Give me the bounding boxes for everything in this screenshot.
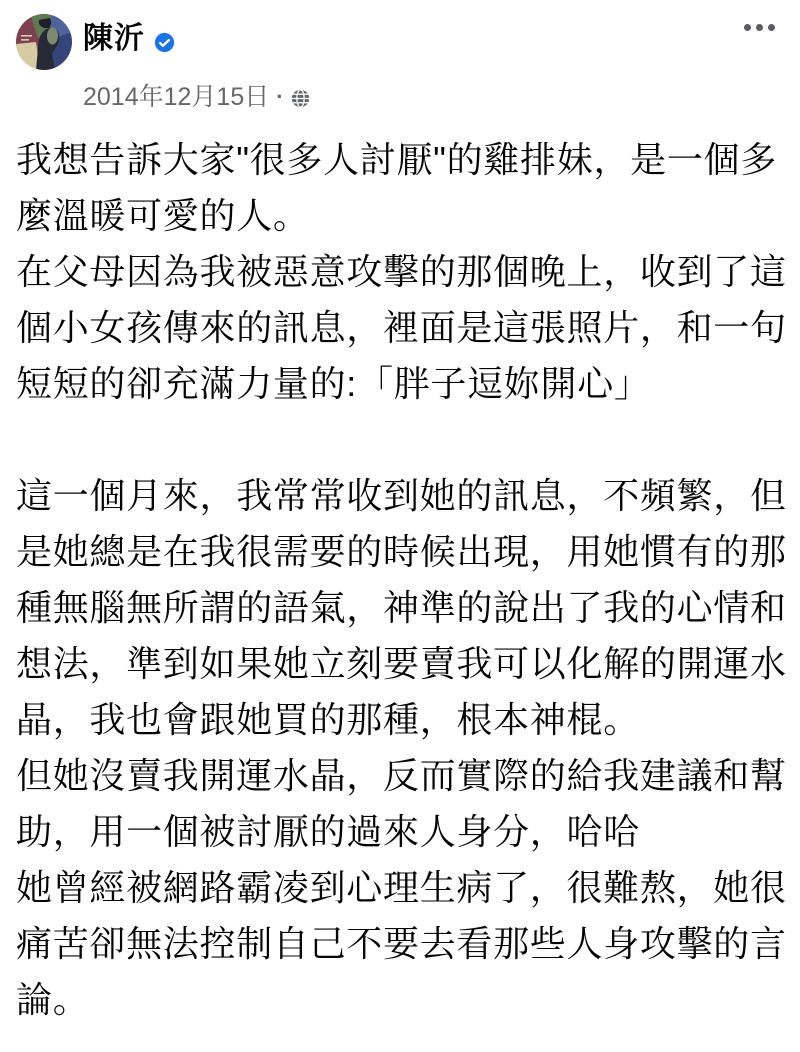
ellipsis-dot	[768, 24, 775, 31]
post-body-text: 我想告訴大家"很多人討厭"的雞排妹，是一個多麼溫暖可愛的人。 在父母因為我被惡意…	[0, 132, 800, 1028]
post-header: 陳沂 2014年12月15日 ·	[0, 0, 800, 132]
meta-separator: ·	[276, 83, 283, 110]
author-name[interactable]: 陳沂	[83, 22, 145, 56]
facebook-post: 陳沂 2014年12月15日 ·	[0, 0, 800, 1052]
post-date[interactable]: 2014年12月15日	[83, 84, 269, 111]
avatar-image	[16, 14, 72, 70]
ellipsis-dot	[756, 24, 763, 31]
avatar[interactable]	[16, 14, 72, 70]
post-meta: 2014年12月15日 ·	[83, 84, 310, 111]
more-options-button[interactable]	[742, 20, 777, 35]
ellipsis-dot	[744, 24, 751, 31]
verified-badge-icon	[154, 32, 175, 53]
author-line: 陳沂	[83, 22, 175, 56]
globe-icon	[291, 89, 310, 108]
